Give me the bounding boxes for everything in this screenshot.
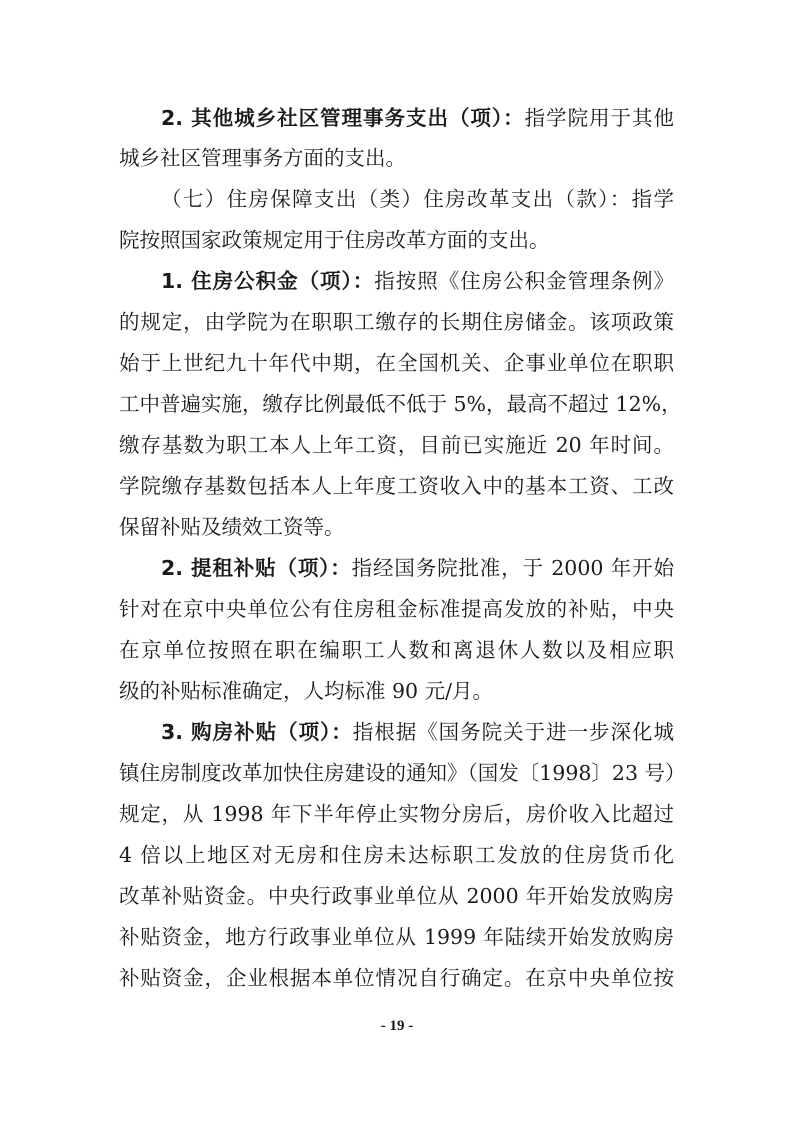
body-text: 补贴资金，地方行政事业单位从 1999 年陆续开始发放购房 xyxy=(119,925,674,949)
paragraph-line: 缴存基数为职工本人上年工资，目前已实施近 20 年时间。 xyxy=(119,430,674,460)
body-text: 保留补贴及绩效工资等。 xyxy=(119,515,345,539)
body-text: 4 倍以上地区对无房和住房未达标职工发放的住房货币化 xyxy=(119,843,674,867)
paragraph-line: 针对在京中央单位公有住房租金标准提高发放的补贴，中央 xyxy=(119,594,674,624)
body-text: 指经国务院批准，于 2000 年开始 xyxy=(352,556,674,580)
body-text: 的规定，由学院为在职职工缴存的长期住房储金。该项政策 xyxy=(119,310,674,334)
item-heading-housing-purchase-subsidy: 3. 购房补贴（项）：指根据《国务院关于进一步深化城 xyxy=(161,717,674,747)
bold-heading: 1. 住房公积金（项）： xyxy=(161,269,374,293)
item-heading-other-community-affairs: 2. 其他城乡社区管理事务支出（项）：指学院用于其他 xyxy=(161,103,674,133)
paragraph-line: 补贴资金，企业根据本单位情况自行确定。在京中央单位按 xyxy=(119,963,674,993)
body-text: 始于上世纪九十年代中期，在全国机关、企事业单位在职职 xyxy=(119,351,674,375)
body-text: 镇住房制度改革加快住房建设的通知》（国发〔1998〕23 号） xyxy=(119,761,686,785)
paragraph-line: 4 倍以上地区对无房和住房未达标职工发放的住房货币化 xyxy=(119,840,674,870)
body-text: 指按照《住房公积金管理条例》 xyxy=(374,269,674,293)
paragraph-line: 工中普遍实施，缴存比例最低不低于 5%，最高不超过 12%， xyxy=(119,389,674,419)
body-text: 城乡社区管理事务方面的支出。 xyxy=(119,146,406,170)
paragraph-line: 级的补贴标准确定，人均标准 90 元/月。 xyxy=(119,676,674,706)
body-text: 指根据《国务院关于进一步深化城 xyxy=(353,720,674,744)
bold-heading: 3. 购房补贴（项）： xyxy=(161,720,353,744)
paragraph-line: 学院缴存基数包括本人上年度工资收入中的基本工资、工改 xyxy=(119,471,674,501)
paragraph-line: 改革补贴资金。中央行政事业单位从 2000 年开始发放购房 xyxy=(119,881,674,911)
paragraph-line: 院按照国家政策规定用于住房改革方面的支出。 xyxy=(119,225,674,255)
section-heading-housing-security: （七）住房保障支出（类）住房改革支出（款）：指学 xyxy=(161,184,674,214)
body-text: 针对在京中央单位公有住房租金标准提高发放的补贴，中央 xyxy=(119,597,674,621)
bold-heading: 2. 其他城乡社区管理事务支出（项）： xyxy=(161,106,525,130)
paragraph-line: 镇住房制度改革加快住房建设的通知》（国发〔1998〕23 号） xyxy=(119,758,674,788)
page-number: - 19 - xyxy=(0,1018,794,1035)
paragraph-line: 在京单位按照在职在编职工人数和离退休人数以及相应职 xyxy=(119,635,674,665)
document-page: 2. 其他城乡社区管理事务支出（项）：指学院用于其他 城乡社区管理事务方面的支出… xyxy=(0,0,794,1123)
body-text: 指学院用于其他 xyxy=(525,106,674,130)
body-text: 补贴资金，企业根据本单位情况自行确定。在京中央单位按 xyxy=(119,966,674,990)
body-text: 学院缴存基数包括本人上年度工资收入中的基本工资、工改 xyxy=(119,474,674,498)
paragraph-line: 的规定，由学院为在职职工缴存的长期住房储金。该项政策 xyxy=(119,307,674,337)
body-text: （七）住房保障支出（类）住房改革支出（款）：指学 xyxy=(161,187,674,211)
item-heading-rent-subsidy: 2. 提租补贴（项）：指经国务院批准，于 2000 年开始 xyxy=(161,553,674,583)
body-text: 改革补贴资金。中央行政事业单位从 2000 年开始发放购房 xyxy=(119,884,674,908)
paragraph-line: 始于上世纪九十年代中期，在全国机关、企事业单位在职职 xyxy=(119,348,674,378)
body-text: 级的补贴标准确定，人均标准 90 元/月。 xyxy=(119,679,493,703)
item-heading-housing-provident-fund: 1. 住房公积金（项）：指按照《住房公积金管理条例》 xyxy=(161,266,674,296)
body-text: 规定，从 1998 年下半年停止实物分房后，房价收入比超过 xyxy=(119,802,674,826)
body-text: 缴存基数为职工本人上年工资，目前已实施近 20 年时间。 xyxy=(119,433,674,457)
paragraph-line: 保留补贴及绩效工资等。 xyxy=(119,512,674,542)
paragraph-line: 补贴资金，地方行政事业单位从 1999 年陆续开始发放购房 xyxy=(119,922,674,952)
body-text: 在京单位按照在职在编职工人数和离退休人数以及相应职 xyxy=(119,638,674,662)
body-text: 院按照国家政策规定用于住房改革方面的支出。 xyxy=(119,228,550,252)
bold-heading: 2. 提租补贴（项）： xyxy=(161,556,352,580)
body-text: 工中普遍实施，缴存比例最低不低于 5%，最高不超过 12%， xyxy=(119,392,682,416)
paragraph-line: 规定，从 1998 年下半年停止实物分房后，房价收入比超过 xyxy=(119,799,674,829)
paragraph-line: 城乡社区管理事务方面的支出。 xyxy=(119,143,674,173)
